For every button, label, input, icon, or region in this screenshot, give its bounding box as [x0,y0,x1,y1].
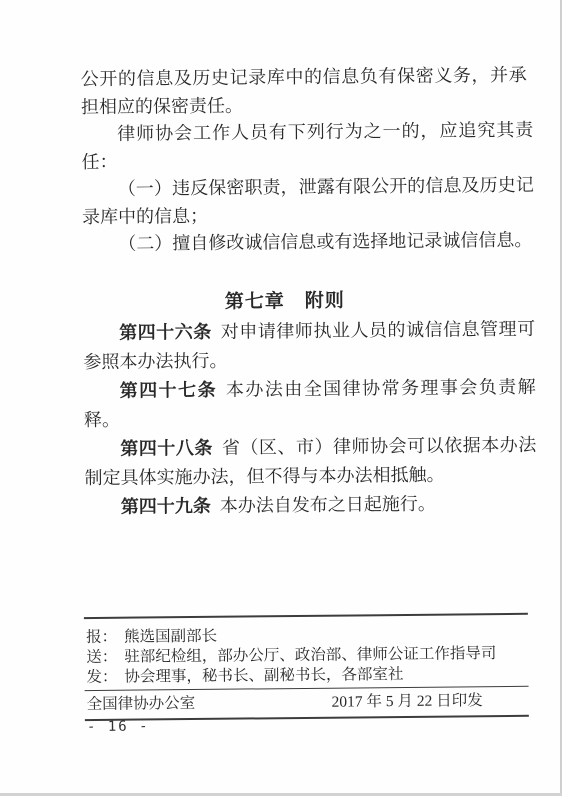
list-item-2: （二）擅自修改诚信信息或有选择地记录诚信信息。 [82,227,534,259]
distribution-issue-line: 发：协会理事，秘书长、副秘书长，各部室社 [86,664,528,688]
document-footer: 报：熊选国副部长 送：驻部纪检组，部办公厅、政治部、律师公证工作指导司 发：协会… [84,613,529,721]
article-48: 第四十八条省（区、市）律师协会可以依据本办法制定具体实施办法，但不得与本办法相抵… [84,430,537,492]
page-number: - 16 - [87,718,150,735]
chapter-heading: 第七章 附则 [83,286,487,318]
article-46-number: 第四十六条 [119,321,212,342]
article-49-text: 本办法自发布之日起施行。 [220,493,436,515]
distribution-send-line: 送：驻部纪检组，部办公厅、政治部、律师公证工作指导司 [86,644,528,668]
report-label: 报： [86,629,117,646]
article-47-number: 第四十七条 [120,379,217,400]
send-text: 驻部纪检组，部办公厅、政治部、律师公证工作指导司 [124,645,496,666]
distribution-list: 报：熊选国副部长 送：驻部纪检组，部办公厅、政治部、律师公证工作指导司 发：协会… [84,615,529,690]
article-48-number: 第四十八条 [120,437,213,458]
article-49-number: 第四十九条 [121,495,211,516]
send-label: 送： [86,649,117,666]
report-text: 熊选国副部长 [124,628,217,646]
continuation-paragraph: 公开的信息及历史记录库中的信息负有保密义务，并承担相应的保密责任。 [81,62,528,121]
issuer-office: 全国律协办公室 [87,694,196,714]
issuer-line: 全国律协办公室 2017 年 5 月 22 日印发 [85,687,529,719]
article-46: 第四十六条对申请律师执业人员的诚信信息管理可参照本办法执行。 [83,314,536,376]
article-49: 第四十九条本办法自发布之日起施行。 [85,488,537,521]
scanned-content: 公开的信息及历史记录库中的信息负有保密义务，并承担相应的保密责任。 律师协会工作… [0,0,562,796]
issue-label: 发： [86,669,117,686]
article-47: 第四十七条本办法由全国律协常务理事会负责解释。 [84,372,537,434]
staff-paragraph: 律师协会工作人员有下列行为之一的，应追究其责任： [81,117,534,176]
document-page: 公开的信息及历史记录库中的信息负有保密义务，并承担相应的保密责任。 律师协会工作… [0,0,562,796]
issue-text: 协会理事，秘书长、副秘书长，各部室社 [124,666,403,686]
print-date: 2017 年 5 月 22 日印发 [331,691,528,712]
articles-section: 第四十六条对申请律师执业人员的诚信信息管理可参照本办法执行。 第四十七条本办法由… [83,314,537,521]
list-item-1: （一）违反保密职责，泄露有限公开的信息及历史记录库中的信息； [82,172,535,231]
main-text-column: 公开的信息及历史记录库中的信息负有保密义务，并承担相应的保密责任。 律师协会工作… [81,62,537,522]
